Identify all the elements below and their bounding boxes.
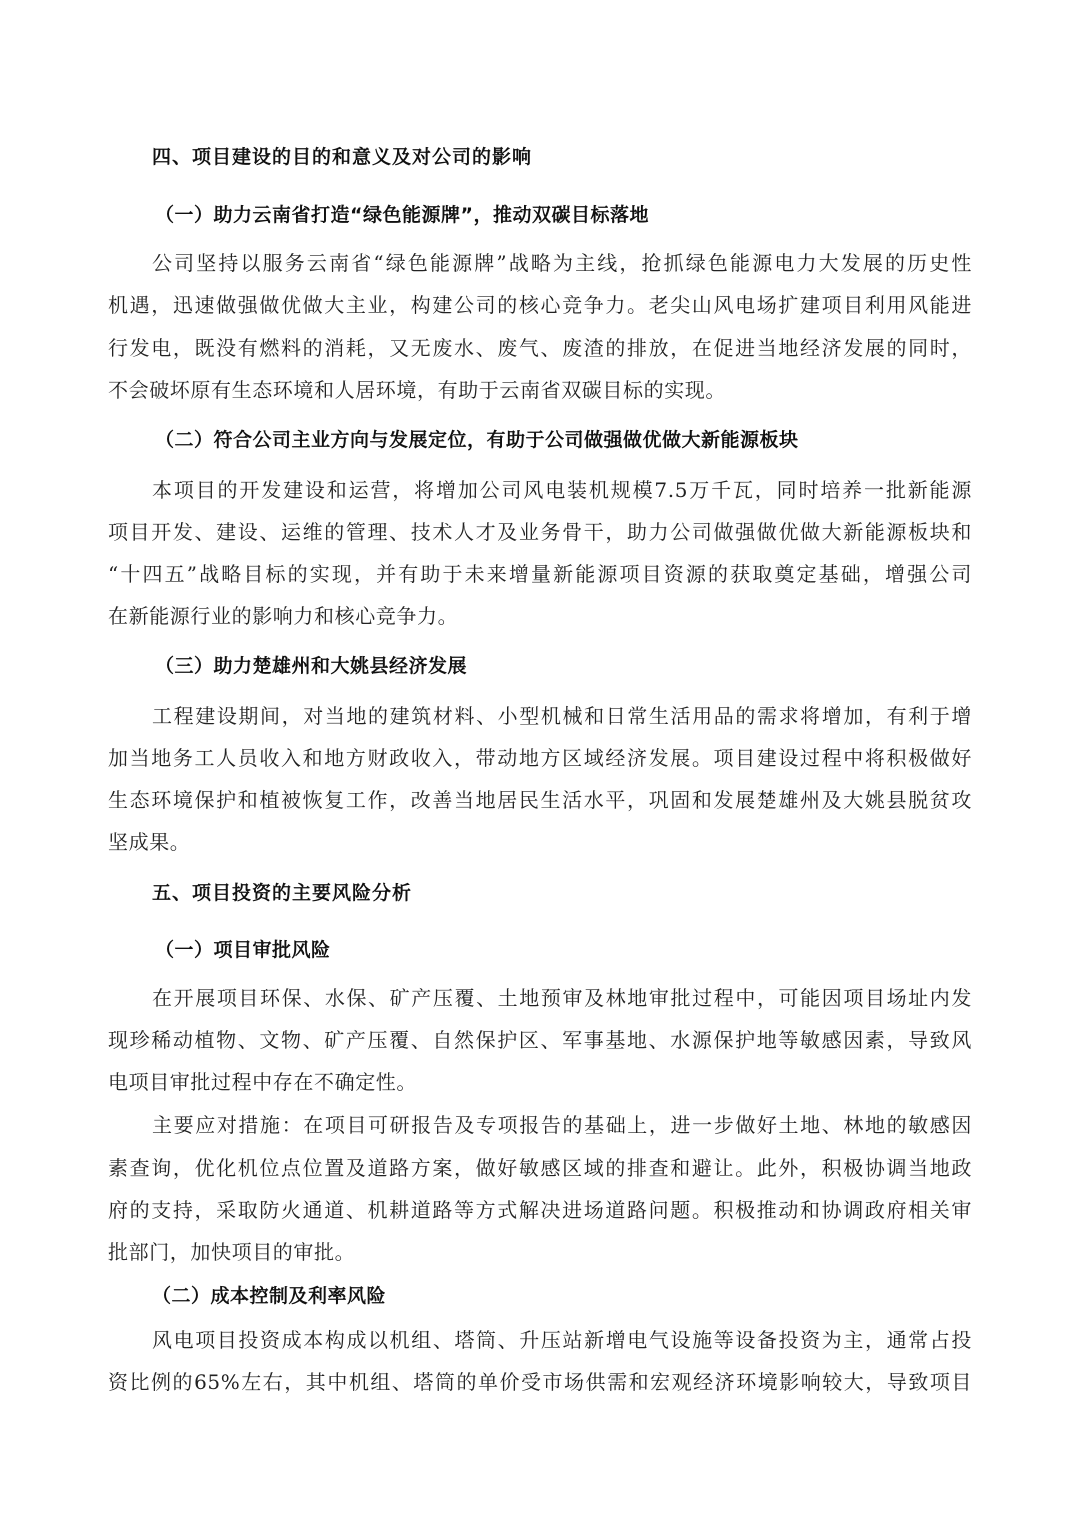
subsection-heading-4-2: （二）符合公司主业方向与发展定位，有助于公司做强做优做大新能源板块: [155, 426, 799, 454]
paragraph-line: 电项目审批过程中存在不确定性。: [108, 1068, 972, 1096]
paragraph-line: 在新能源行业的影响力和核心竞争力。: [108, 602, 972, 630]
document-page: 四、项目建设的目的和意义及对公司的影响 （一）助力云南省打造“绿色能源牌”，推动…: [0, 0, 1080, 1527]
paragraph-line: 现珍稀动植物、文物、矿产压覆、自然保护区、军事基地、水源保护地等敏感因素，导致风: [108, 1026, 972, 1054]
paragraph-line: 本项目的开发建设和运营，将增加公司风电装机规模7.5万千瓦，同时培养一批新能源: [152, 476, 972, 504]
paragraph-line: 府的支持，采取防火通道、机耕道路等方式解决进场道路问题。积极推动和协调政府相关审: [108, 1196, 972, 1224]
paragraph-line: 主要应对措施：在项目可研报告及专项报告的基础上，进一步做好土地、林地的敏感因: [152, 1111, 972, 1139]
section-heading-4: 四、项目建设的目的和意义及对公司的影响: [152, 143, 532, 171]
subsection-heading-4-3: （三）助力楚雄州和大姚县经济发展: [155, 652, 467, 680]
paragraph-line: 行发电，既没有燃料的消耗，又无废水、废气、废渣的排放，在促进当地经济发展的同时，: [108, 334, 972, 362]
paragraph-line: “十四五”战略目标的实现，并有助于未来增量新能源项目资源的获取奠定基础，增强公司: [108, 560, 972, 588]
subsection-heading-5-2: （二）成本控制及利率风险: [152, 1282, 386, 1310]
paragraph-line: 加当地务工人员收入和地方财政收入，带动地方区域经济发展。项目建设过程中将积极做好: [108, 744, 972, 772]
paragraph-line: 机遇，迅速做强做优做大主业，构建公司的核心竞争力。老尖山风电场扩建项目利用风能进: [108, 291, 972, 319]
paragraph-line: 公司坚持以服务云南省“绿色能源牌”战略为主线，抢抓绿色能源电力大发展的历史性: [152, 249, 972, 277]
paragraph-line: 工程建设期间，对当地的建筑材料、小型机械和日常生活用品的需求将增加，有利于增: [152, 702, 972, 730]
paragraph-line: 坚成果。: [108, 828, 972, 856]
subsection-heading-4-1: （一）助力云南省打造“绿色能源牌”，推动双碳目标落地: [155, 201, 649, 229]
paragraph-line: 素查询，优化机位点位置及道路方案，做好敏感区域的排查和避让。此外，积极协调当地政: [108, 1154, 972, 1182]
paragraph-line: 不会破坏原有生态环境和人居环境，有助于云南省双碳目标的实现。: [108, 376, 972, 404]
paragraph-line: 生态环境保护和植被恢复工作，改善当地居民生活水平，巩固和发展楚雄州及大姚县脱贫攻: [108, 786, 972, 814]
section-heading-5: 五、项目投资的主要风险分析: [152, 879, 412, 907]
paragraph-line: 批部门，加快项目的审批。: [108, 1238, 972, 1266]
subsection-heading-5-1: （一）项目审批风险: [155, 936, 331, 964]
paragraph-line: 资比例的65%左右，其中机组、塔筒的单价受市场供需和宏观经济环境影响较大，导致项…: [108, 1368, 972, 1396]
paragraph-line: 在开展项目环保、水保、矿产压覆、土地预审及林地审批过程中，可能因项目场址内发: [152, 984, 972, 1012]
paragraph-line: 风电项目投资成本构成以机组、塔筒、升压站新增电气设施等设备投资为主，通常占投: [152, 1326, 972, 1354]
paragraph-line: 项目开发、建设、运维的管理、技术人才及业务骨干，助力公司做强做优做大新能源板块和: [108, 518, 972, 546]
